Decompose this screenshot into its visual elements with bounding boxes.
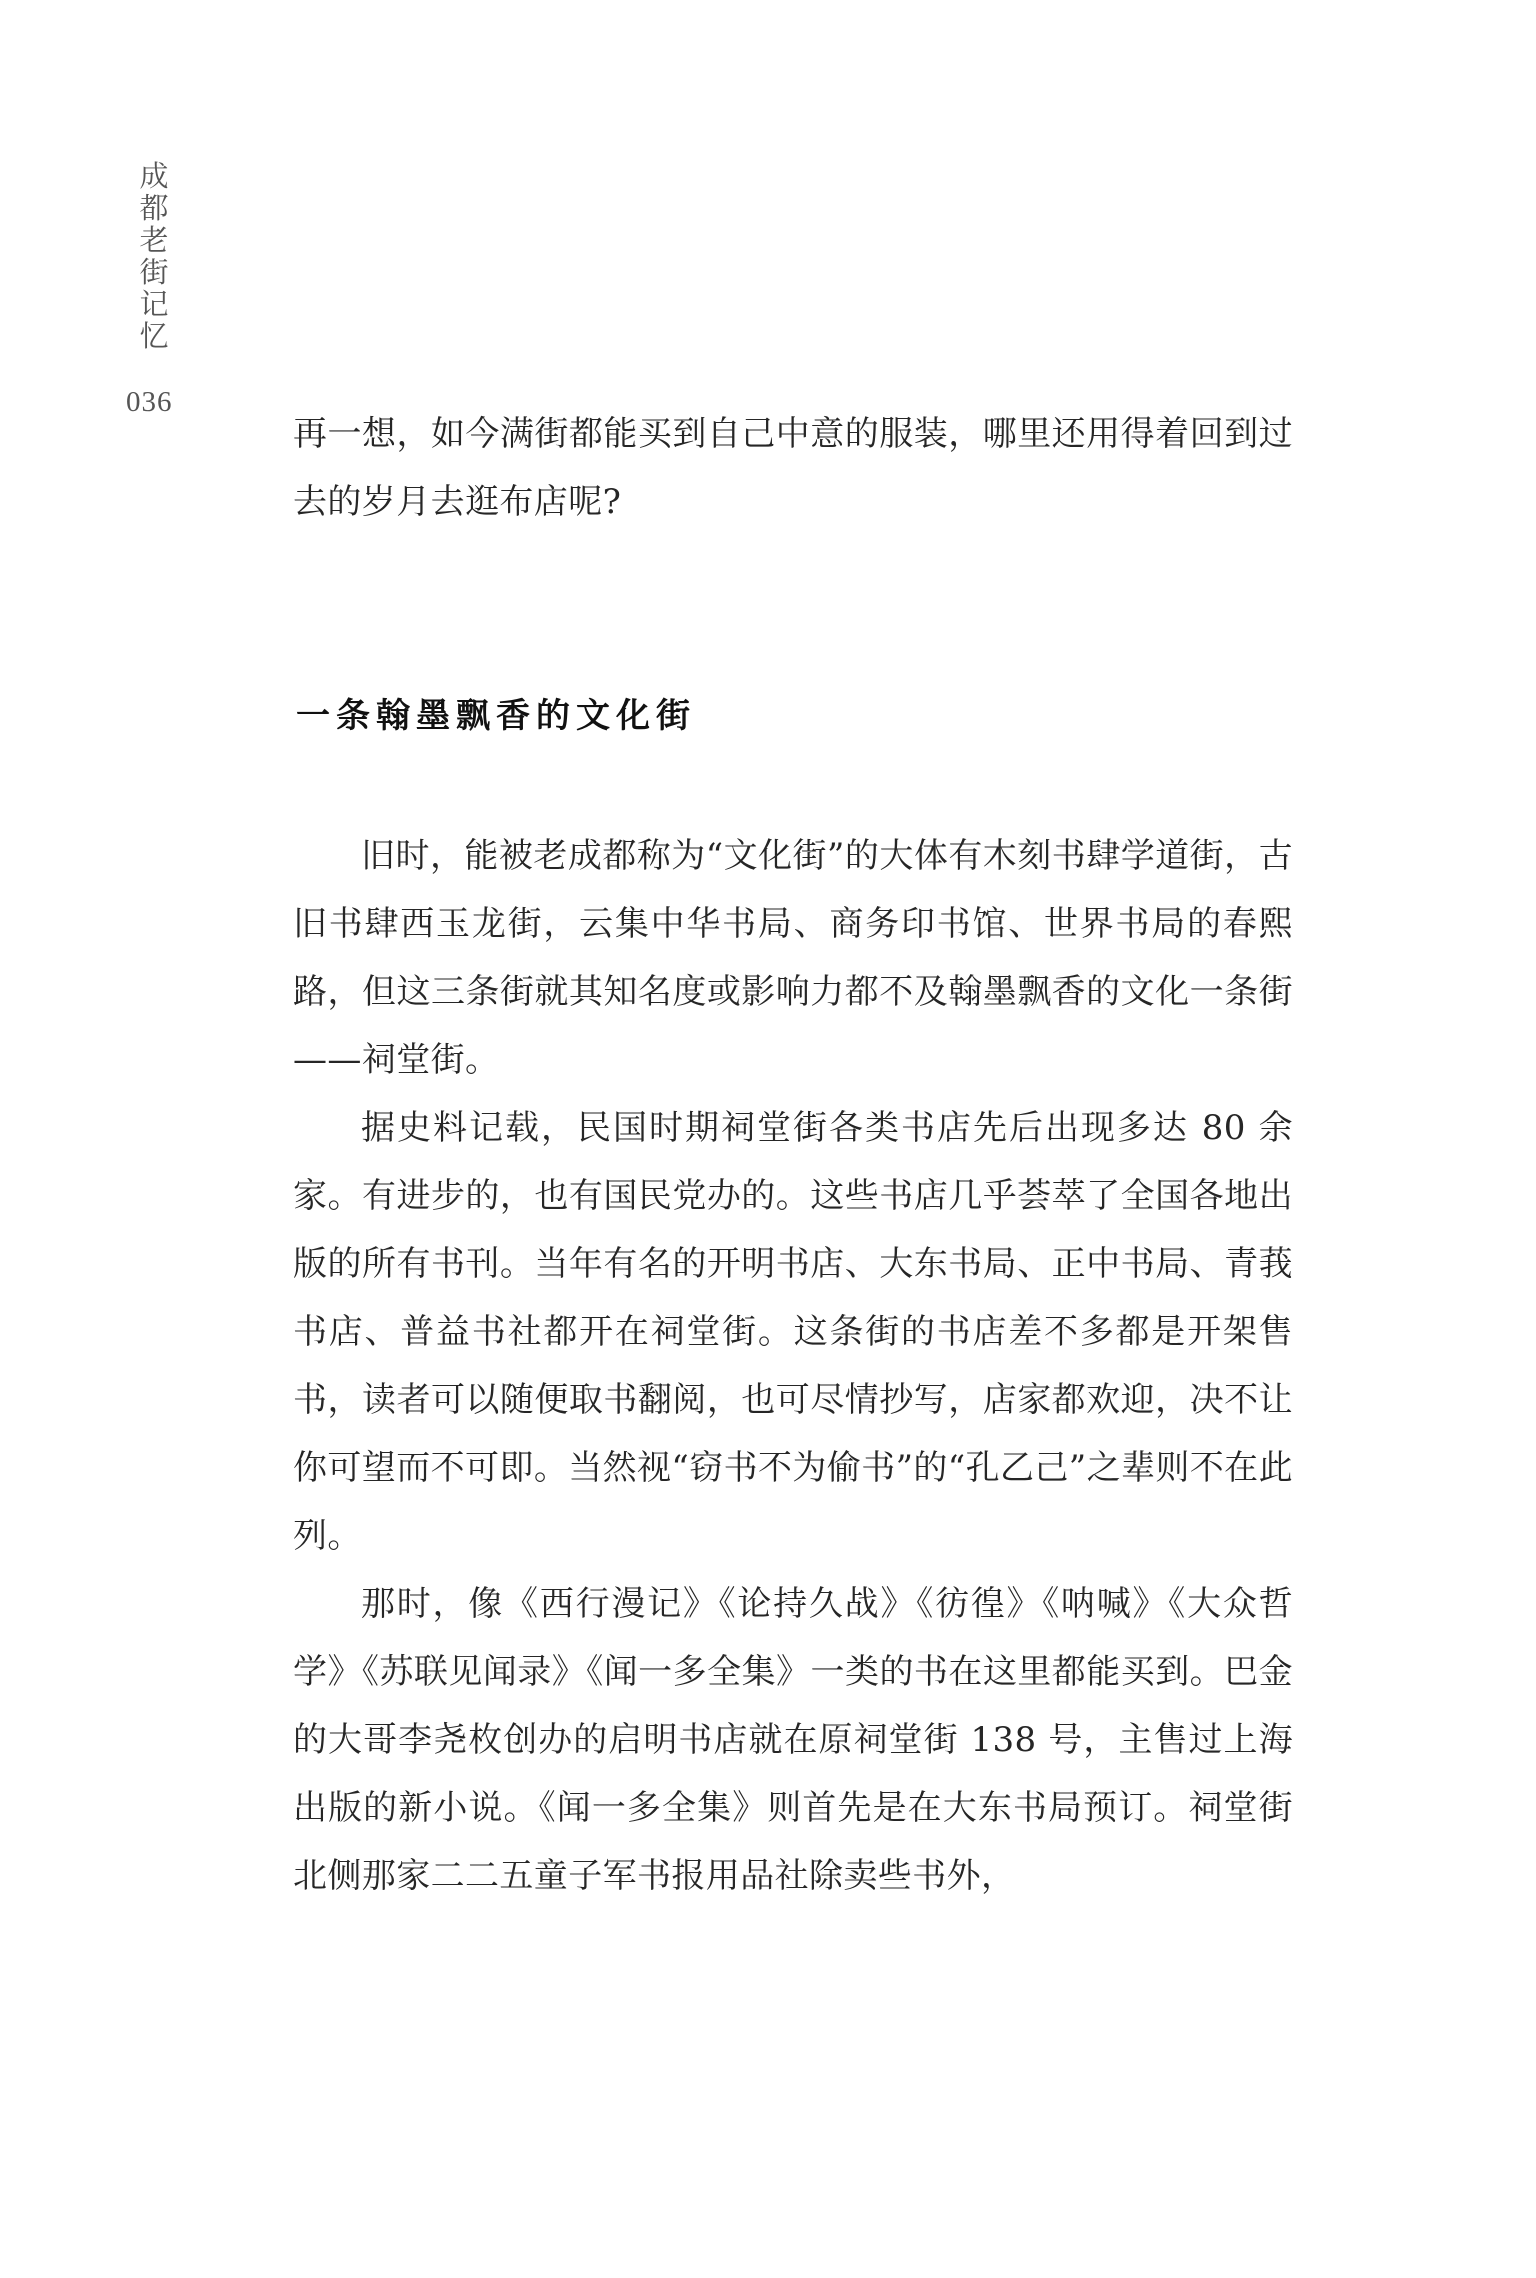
book-title-char: 记 xyxy=(136,288,172,320)
section-body: 旧时，能被老成都称为“文化街”的大体有木刻书肆学道街，古旧书肆西玉龙街，云集中华… xyxy=(293,822,1293,1910)
book-title-char: 老 xyxy=(136,224,172,256)
running-head-book-title: 成 都 老 街 记 忆 xyxy=(136,160,172,352)
book-title-char: 成 xyxy=(136,160,172,192)
book-title-char: 都 xyxy=(136,192,172,224)
page-number: 036 xyxy=(126,386,173,419)
intro-text-block: 再一想，如今满街都能买到自己中意的服装，哪里还用得着回到过去的岁月去逛布店呢? xyxy=(293,400,1293,536)
body-paragraph-3: 那时，像《西行漫记》《论持久战》《彷徨》《呐喊》《大众哲学》《苏联见闻录》《闻一… xyxy=(293,1570,1293,1910)
section-heading: 一条翰墨飘香的文化街 xyxy=(296,688,696,737)
intro-paragraph: 再一想，如今满街都能买到自己中意的服装，哪里还用得着回到过去的岁月去逛布店呢? xyxy=(293,400,1293,536)
book-title-char: 街 xyxy=(136,256,172,288)
body-paragraph-1: 旧时，能被老成都称为“文化街”的大体有木刻书肆学道街，古旧书肆西玉龙街，云集中华… xyxy=(293,822,1293,1094)
body-paragraph-2: 据史料记载，民国时期祠堂街各类书店先后出现多达 80 余家。有进步的，也有国民党… xyxy=(293,1094,1293,1570)
book-title-char: 忆 xyxy=(136,320,172,352)
